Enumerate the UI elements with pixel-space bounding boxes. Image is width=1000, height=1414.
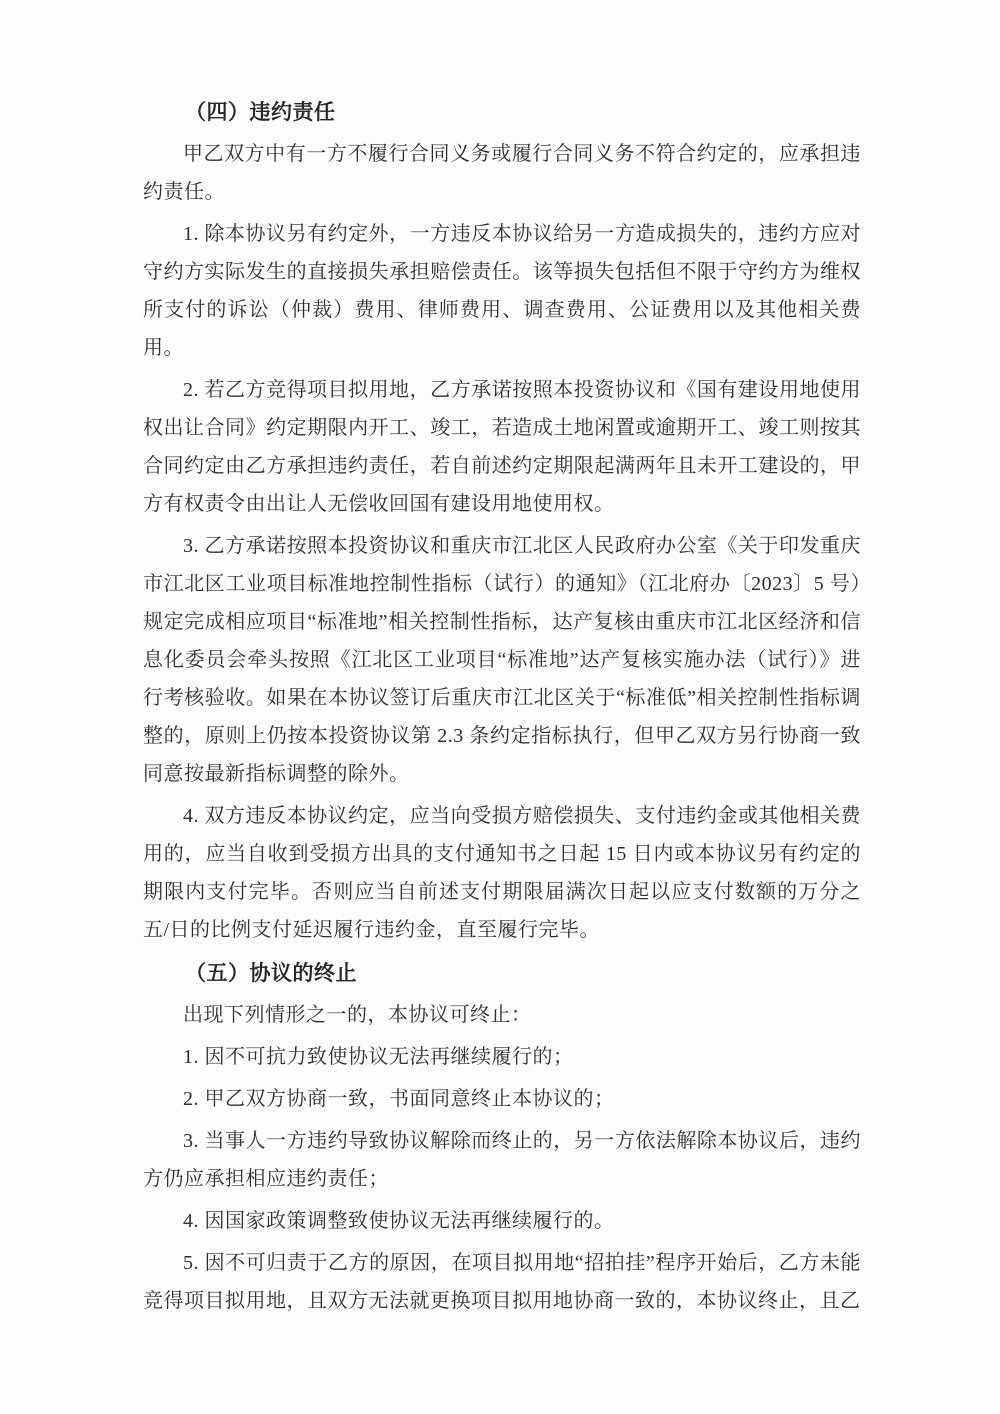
paragraph: 3. 当事人一方违约导致协议解除而终止的，另一方依法解除本协议后，违约方仍应承担… [143, 1122, 861, 1198]
paragraph: 5. 因不可归责于乙方的原因，在项目拟用地“招拍挂”程序开始后，乙方未能竞得项目… [143, 1244, 861, 1320]
document-content: （四）违约责任 甲乙双方中有一方不履行合同义务或履行合同义务不符合约定的，应承担… [143, 93, 861, 1320]
paragraph: 4. 因国家政策调整致使协议无法再继续履行的。 [143, 1202, 861, 1240]
paragraph: 4. 双方违反本协议约定，应当向受损方赔偿损失、支付违约金或其他相关费用的，应当… [143, 797, 861, 949]
paragraph: 2. 甲乙双方协商一致，书面同意终止本协议的； [143, 1080, 861, 1118]
paragraph: 2. 若乙方竞得项目拟用地，乙方承诺按照本投资协议和《国有建设用地使用权出让合同… [143, 371, 861, 523]
paragraph: 3. 乙方承诺按照本投资协议和重庆市江北区人民政府办公室《关于印发重庆市江北区工… [143, 527, 861, 793]
paragraph: 出现下列情形之一的，本协议可终止： [143, 996, 861, 1034]
paragraph: 1. 因不可抗力致使协议无法再继续履行的； [143, 1038, 861, 1076]
section-heading-breach-liability: （四）违约责任 [143, 93, 861, 131]
paragraph: 1. 除本协议另有约定外，一方违反本协议给另一方造成损失的，违约方应对守约方实际… [143, 215, 861, 367]
document-page: （四）违约责任 甲乙双方中有一方不履行合同义务或履行合同义务不符合约定的，应承担… [0, 0, 1000, 1414]
section-heading-termination: （五）协议的终止 [143, 954, 861, 992]
paragraph: 甲乙双方中有一方不履行合同义务或履行合同义务不符合约定的，应承担违约责任。 [143, 135, 861, 211]
